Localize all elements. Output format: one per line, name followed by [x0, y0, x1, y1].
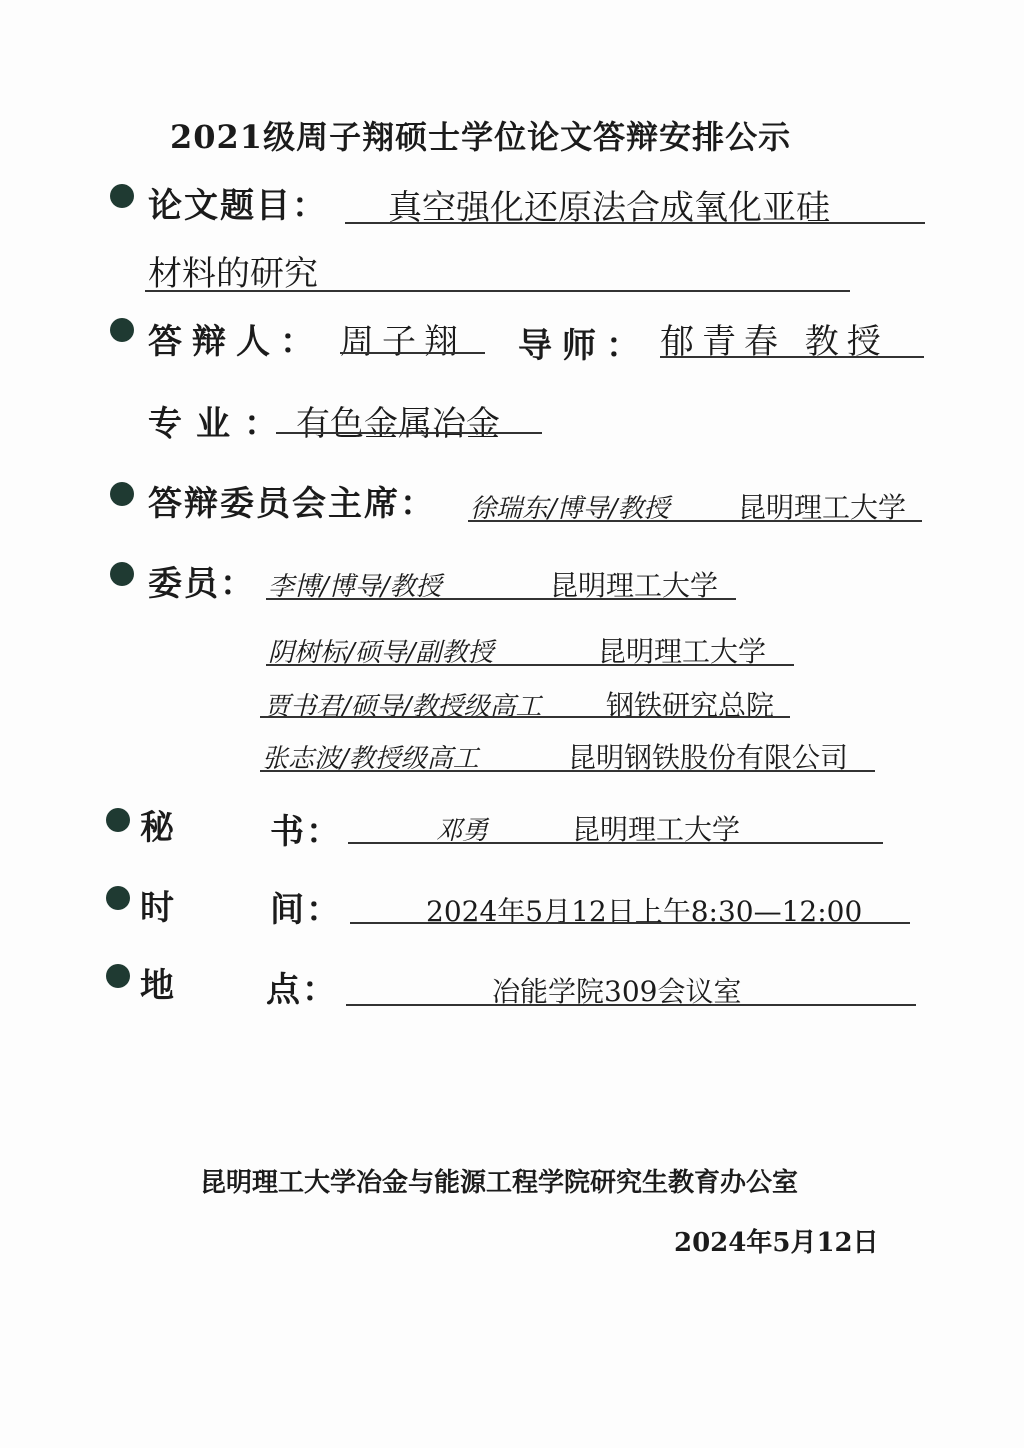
bullet-icon	[110, 562, 134, 586]
bullet-icon	[106, 886, 130, 910]
thesis-label: 论文题目：	[148, 178, 328, 227]
underline	[260, 770, 875, 772]
underline	[345, 222, 925, 224]
underline	[266, 598, 736, 600]
underline	[348, 842, 883, 844]
time-value: 2024年5月12日上午8:30—12:00	[426, 890, 862, 930]
secretary-label: 书：	[270, 804, 342, 853]
chair-label: 答辩委员会主席：	[148, 476, 436, 525]
underline	[145, 290, 850, 292]
secretary-label: 秘	[140, 800, 176, 849]
underline	[660, 356, 924, 358]
issue-date: 2024年5月12日	[674, 1222, 879, 1259]
time-label: 间：	[270, 882, 342, 931]
bullet-icon	[106, 808, 130, 832]
underline	[346, 1004, 916, 1006]
place-label: 地	[140, 958, 176, 1007]
underline	[266, 664, 794, 666]
underline	[340, 352, 485, 354]
underline	[468, 520, 922, 522]
defender-label: 答辩人：	[148, 314, 324, 363]
major-label: 专业：	[148, 396, 292, 445]
underline	[260, 716, 790, 718]
underline	[350, 922, 910, 924]
advisor-label: 导师：	[518, 318, 650, 367]
members-label: 委员：	[148, 556, 256, 605]
underline	[276, 432, 542, 434]
major-value: 有色金属冶金	[296, 396, 500, 445]
time-label: 时	[140, 880, 176, 929]
bullet-icon	[106, 964, 130, 988]
bullet-icon	[110, 318, 134, 342]
bullet-icon	[110, 184, 134, 208]
page-title: 2021级周子翔硕士学位论文答辩安排公示	[170, 112, 791, 158]
bullet-icon	[110, 482, 134, 506]
member-org: 钢铁研究总院	[606, 684, 774, 724]
defender-name: 周子翔	[340, 314, 466, 363]
place-label: 点：	[266, 962, 338, 1011]
issuing-office: 昆明理工大学冶金与能源工程学院研究生教育办公室	[200, 1162, 798, 1199]
thesis-title-line2: 材料的研究	[148, 246, 318, 295]
